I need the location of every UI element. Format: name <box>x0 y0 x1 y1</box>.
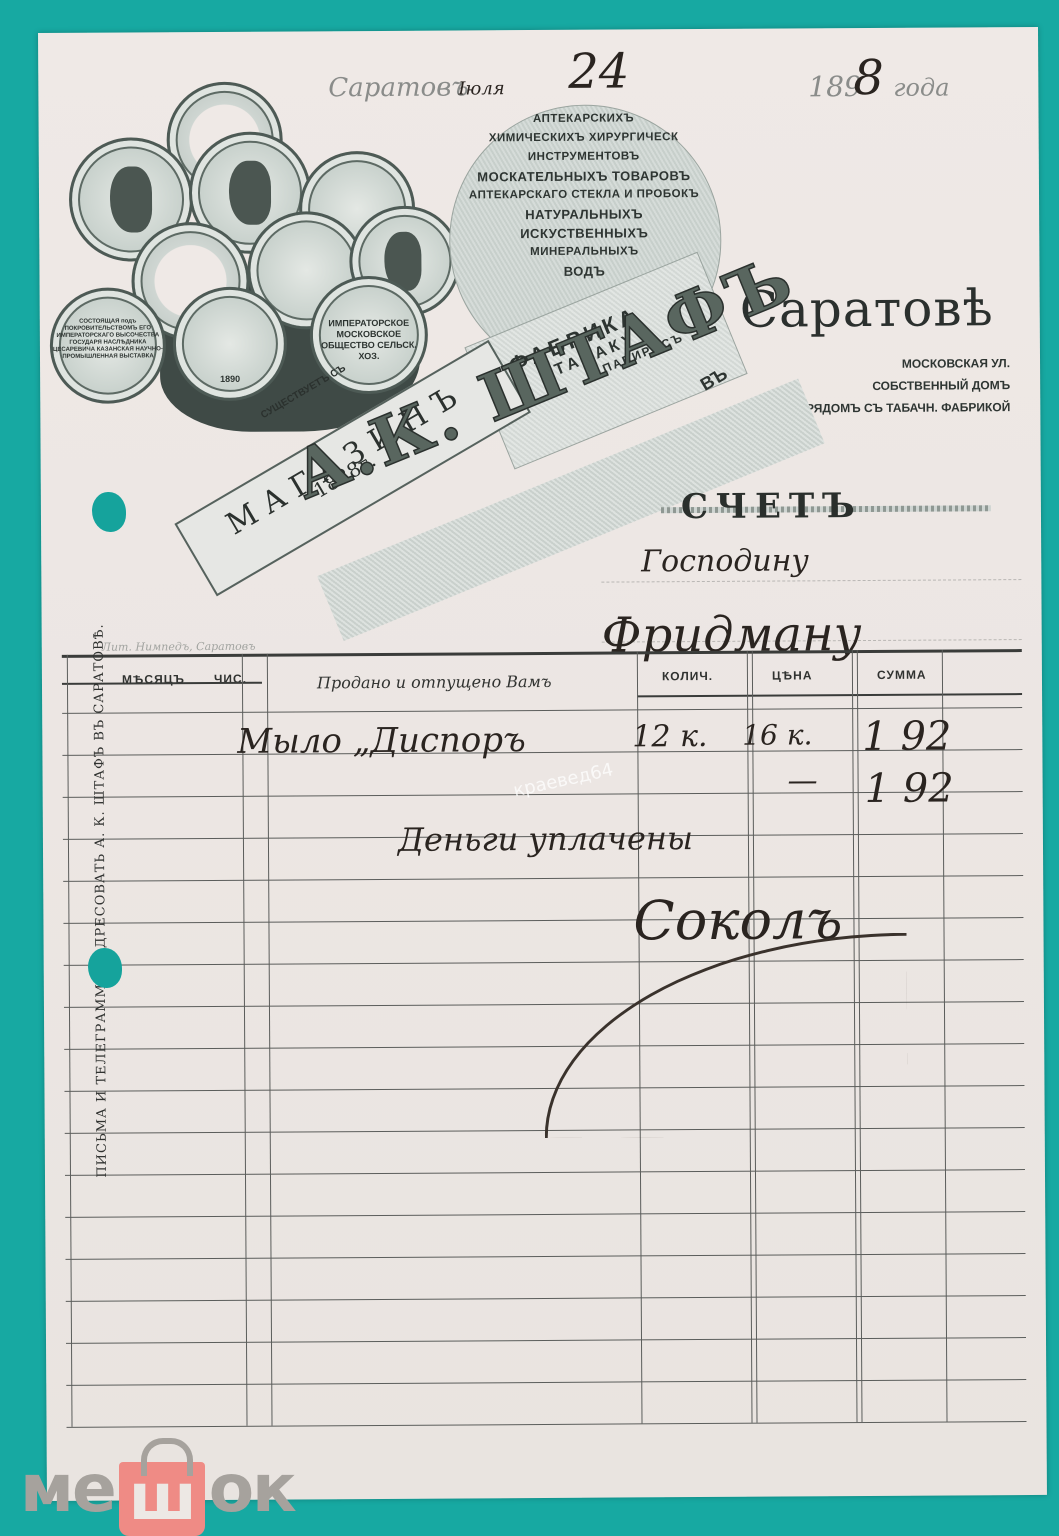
product-line: МОСКАТЕЛЬНЫХЪ ТОВАРОВЪ <box>459 166 709 187</box>
table-column-line <box>242 654 248 1426</box>
printed-place: Саратовъ <box>328 72 468 103</box>
product-line: ХИМИЧЕСКИХЪ ХИРУРГИЧЕСК <box>459 128 709 149</box>
product-line: АПТЕКАРСКАГО СТЕКЛА И ПРОБОКЪ <box>459 185 709 206</box>
row-1-quantity: 12 к. <box>632 719 707 754</box>
row-3-paid-note: Деньги уплачены <box>398 819 693 859</box>
site-logo: мешок <box>20 1450 295 1536</box>
table-row-line <box>66 1295 1026 1302</box>
column-sum: СУММА <box>877 668 927 682</box>
row-2-sum: 1 92 <box>865 765 954 812</box>
column-quantity: КОЛИЧ. <box>662 669 713 683</box>
table-row-line <box>66 1337 1026 1344</box>
table-row-line <box>65 1253 1025 1260</box>
product-line: ИНСТРУМЕНТОВЪ <box>459 147 709 168</box>
column-price: ЦѢНА <box>772 668 813 682</box>
medal-kazan-exhibition: СОСТОЯЩАЯ подъ ПОКРОВИТЕЛЬСТВОМЪ ЕГО ИМП… <box>50 287 167 404</box>
table-row-line <box>62 707 1022 714</box>
product-line: АПТЕКАРСКИХЪ <box>458 109 708 130</box>
column-description: Продано и отпущено Вамъ <box>317 672 552 692</box>
printed-year-suffix: года <box>893 73 949 101</box>
row-1-item: Мыло „Диспоръ <box>237 720 526 762</box>
product-line: НАТУРАЛЬНЫХЪ ИСКУСТВЕННЫХЪ <box>459 204 709 244</box>
product-line: МИНЕРАЛЬНЫХЪ <box>459 242 709 263</box>
products-list: АПТЕКАРСКИХЪ ХИМИЧЕСКИХЪ ХИРУРГИЧЕСК ИНС… <box>458 109 709 282</box>
lithographer-credit: Лит. Нимпедъ, Саратовъ <box>102 640 256 654</box>
table-row-line <box>66 1379 1026 1386</box>
punch-hole-top <box>92 492 126 532</box>
row-1-price: 16 к. <box>742 718 812 751</box>
medal-kazan-text: СОСТОЯЩАЯ подъ ПОКРОВИТЕЛЬСТВОМЪ ЕГО ИМП… <box>53 318 163 362</box>
table-column-line <box>267 654 273 1426</box>
medal-kremlin: 1890 <box>173 287 288 402</box>
row-1-sum: 1 92 <box>862 713 951 760</box>
invoice-paper: Саратовъ Іюля 24 189 8 года ИМПЕРАТОРСКО… <box>38 27 1047 1501</box>
medal-kremlin-year: 1890 <box>176 374 284 385</box>
handwritten-month: Іюля <box>458 78 504 99</box>
punch-hole-bottom <box>88 948 122 988</box>
logo-prefix: ме <box>20 1450 115 1527</box>
logo-suffix: ок <box>209 1450 295 1527</box>
invoice-title: СЧЕТЪ <box>681 486 863 527</box>
table-column-line <box>67 655 73 1427</box>
handwritten-year-digit: 8 <box>853 50 884 106</box>
table-row-line <box>63 875 1023 882</box>
logo-bag-letter: ш <box>129 1461 195 1535</box>
row-2-price-dash: — <box>787 763 817 798</box>
handwritten-day: 24 <box>568 43 629 99</box>
logo-bag-icon: ш <box>119 1462 205 1536</box>
header-rule-right <box>637 693 1022 697</box>
salutation: Господину <box>641 543 809 579</box>
table-row-line <box>65 1169 1025 1176</box>
table-row-line <box>63 917 1023 924</box>
table-row-line <box>65 1211 1025 1218</box>
addressee-dotted-line <box>601 579 1021 583</box>
address-line: МОСКОВСКАЯ УЛ. <box>730 352 1010 376</box>
medal-moscow-society-text: ИМПЕРАТОРСКОЕ МОСКОВСКОЕ ОБЩЕСТВО СЕЛЬСК… <box>313 318 425 362</box>
table-row-line <box>67 1421 1027 1428</box>
